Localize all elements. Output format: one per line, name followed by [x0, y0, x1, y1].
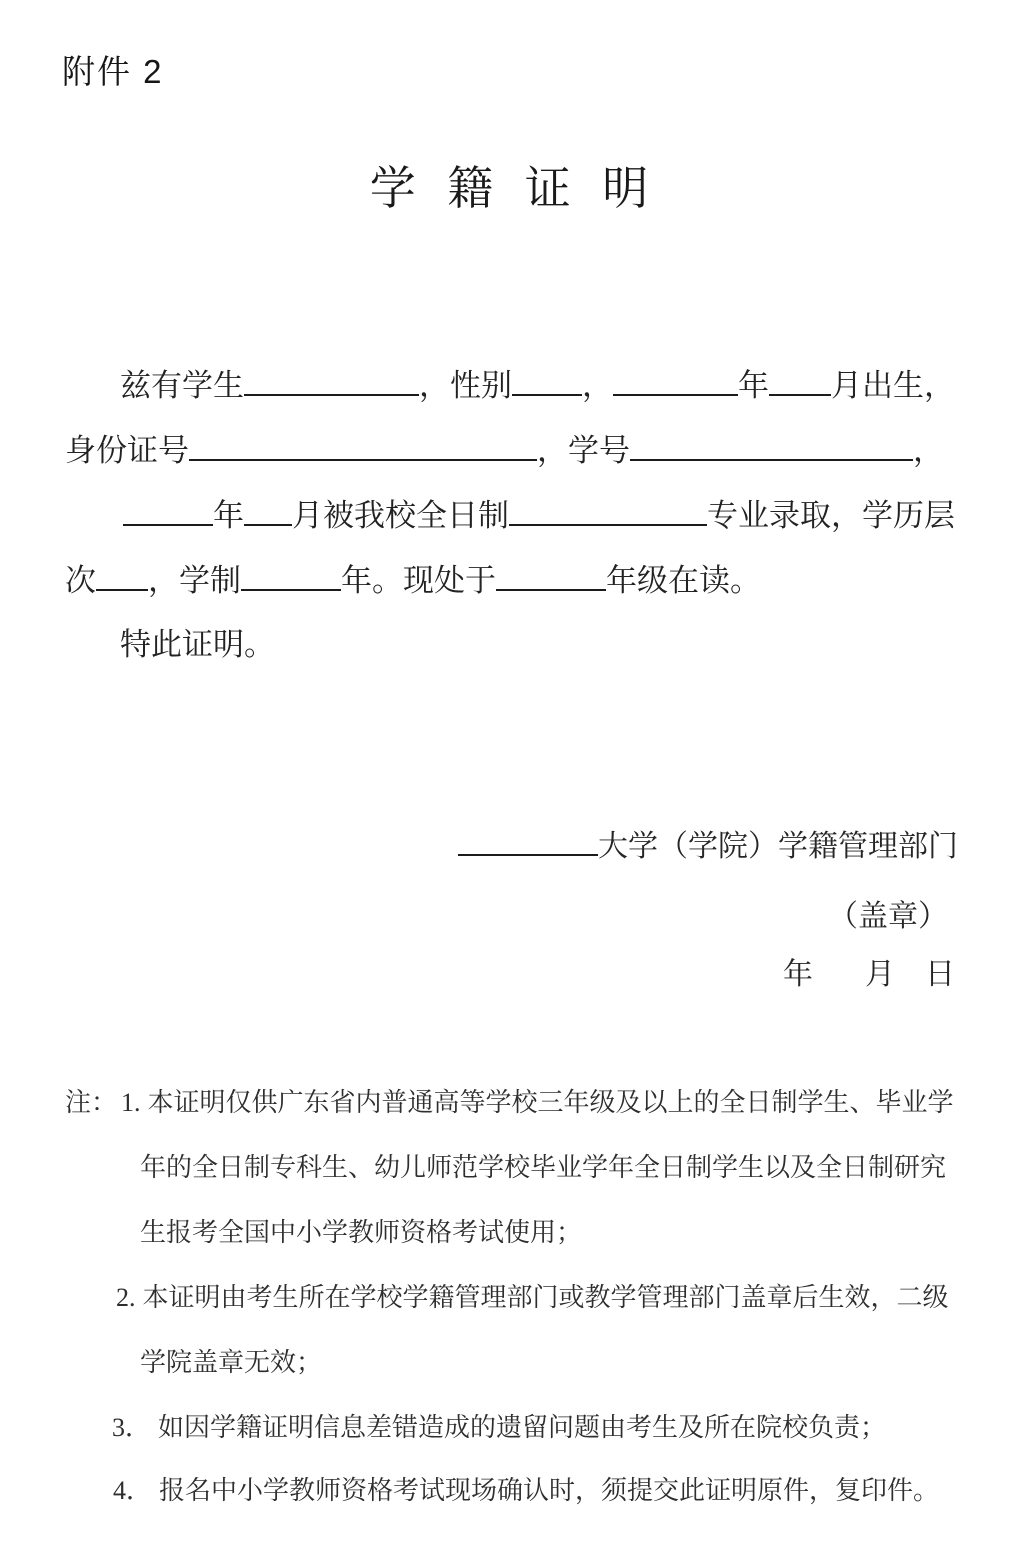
blank-study-years: [241, 558, 341, 591]
blank-enroll-month: [244, 493, 292, 526]
body-line-4-text-c: 年。现处于: [341, 563, 496, 598]
note-3-line-1: 3．如因学籍证明信息差错造成的遗留问题由考生及所在院校负责；: [112, 1409, 886, 1447]
notes-label: 注：: [65, 1088, 117, 1117]
hereby-certify-text: 特此证明。: [120, 627, 275, 662]
date-year-label: 年: [783, 958, 813, 991]
blank-student-name: [244, 363, 419, 396]
note-3-text-1: 如因学籍证明信息差错造成的遗留问题由考生及所在院校负责；: [158, 1413, 886, 1442]
seal-label: （盖章）: [828, 900, 948, 933]
signature-line: 大学（学院）学籍管理部门: [458, 824, 958, 868]
signature-date-line: 年月日: [783, 954, 955, 996]
body-line-1-text-b: ，性别: [419, 368, 512, 403]
body-line-1-text-a: 兹有学生: [120, 368, 244, 403]
body-line-1-text-c: ，: [582, 368, 613, 403]
blank-birth-month: [769, 363, 831, 396]
blank-current-grade: [496, 558, 606, 591]
blank-enroll-year: [123, 493, 213, 526]
blank-education-level: [96, 558, 148, 591]
certificate-title: 学 籍 证 明: [0, 152, 1028, 218]
blank-gender: [512, 363, 582, 396]
certificate-page: 附件 2 学 籍 证 明 兹有学生，性别，年月出生， 身份证号，学号， 年月被我…: [0, 0, 1028, 1545]
note-1-text-2: 年的全日制专科生、幼儿师范学校毕业学年全日制学生以及全日制研究: [140, 1153, 946, 1182]
body-line-4: 次，学制年。现处于年级在读。: [65, 558, 761, 602]
blank-student-number: [630, 428, 913, 461]
blank-birth-year: [613, 363, 738, 396]
note-1-text-1: 本证明仅供广东省内普通高等学校三年级及以上的全日制学生、毕业学: [148, 1088, 954, 1117]
note-1-text-3: 生报考全国中小学教师资格考试使用；: [140, 1218, 582, 1247]
blank-major: [509, 493, 707, 526]
body-line-2-text-a: 身份证号: [65, 433, 189, 468]
blank-university-name: [458, 824, 598, 856]
body-line-4-text-b: ，学制: [148, 563, 241, 598]
body-line-3-text-b: 月被我校全日制: [292, 498, 509, 533]
note-1-line-1: 注：1.本证明仅供广东省内普通高等学校三年级及以上的全日制学生、毕业学: [65, 1084, 954, 1122]
note-1-line-3: 生报考全国中小学教师资格考试使用；: [140, 1214, 582, 1252]
note-2-text-1: 本证明由考生所在学校学籍管理部门或教学管理部门盖章后生效，二级: [143, 1283, 949, 1312]
body-line-3: 年月被我校全日制专业录取，学历层: [65, 493, 955, 537]
note-2-text-2: 学院盖章无效；: [140, 1348, 322, 1377]
body-line-4-text-d: 年级在读。: [606, 563, 761, 598]
body-line-2: 身份证号，学号，: [65, 428, 944, 472]
body-line-1: 兹有学生，性别，年月出生，: [65, 363, 955, 407]
signature-dept-label: 大学（学院）学籍管理部门: [598, 830, 958, 863]
body-line-1-text-e: 月出生，: [831, 368, 955, 403]
body-line-2-text-b: ，学号: [537, 433, 630, 468]
note-4-number: 4．: [113, 1476, 152, 1505]
body-line-2-text-c: ，: [913, 433, 944, 468]
note-2-line-1: 2.本证明由考生所在学校学籍管理部门或教学管理部门盖章后生效，二级: [116, 1279, 949, 1317]
note-3-number: 3．: [112, 1413, 151, 1442]
body-line-3-text-a: 年: [213, 498, 244, 533]
body-line-1-text-d: 年: [738, 368, 769, 403]
note-2-line-2: 学院盖章无效；: [140, 1344, 322, 1382]
note-1-line-2: 年的全日制专科生、幼儿师范学校毕业学年全日制学生以及全日制研究: [140, 1149, 946, 1187]
note-1-number: 1.: [121, 1088, 141, 1117]
date-day-label: 日: [925, 958, 955, 991]
note-4-text-1: 报名中小学教师资格考试现场确认时，须提交此证明原件，复印件。: [159, 1476, 939, 1505]
body-line-4-text-a: 次: [65, 563, 96, 598]
attachment-label: 附件 2: [62, 46, 164, 93]
blank-id-number: [189, 428, 537, 461]
note-2-number: 2.: [116, 1283, 136, 1312]
note-4-line-1: 4．报名中小学教师资格考试现场确认时，须提交此证明原件，复印件。: [113, 1472, 939, 1510]
seal-line: （盖章）: [828, 896, 948, 938]
body-line-3-text-c: 专业录取，学历层: [707, 498, 955, 533]
body-line-5: 特此证明。: [65, 624, 275, 666]
date-month-label: 月: [865, 958, 895, 991]
